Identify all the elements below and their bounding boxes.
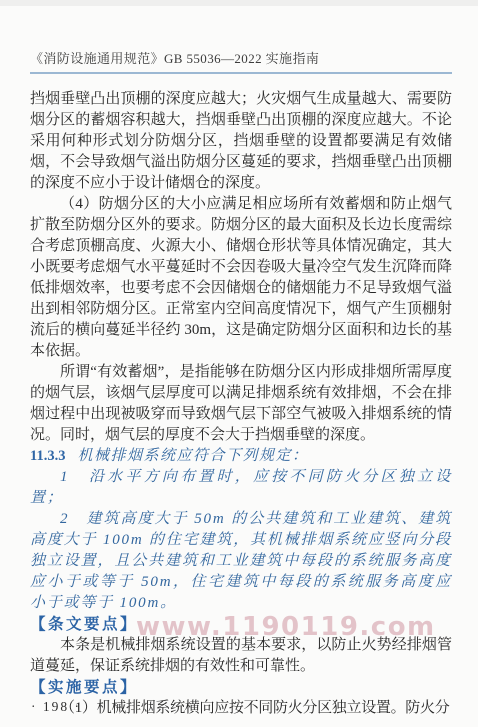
page-number: · 198 · bbox=[31, 699, 81, 715]
implementation-points-heading: 【实施要点】 bbox=[30, 677, 452, 698]
implementation-points-body: （1）机械排烟系统横向应按不同防火分区独立设置。防火分 bbox=[30, 698, 452, 719]
clause-title: 机械排烟系统应符合下列规定： bbox=[77, 448, 308, 464]
key-points-heading: 【条文要点】 bbox=[30, 614, 452, 635]
scan-edge-shadow bbox=[0, 0, 478, 6]
running-header: 《消防设施通用规范》GB 55036—2022 实施指南 bbox=[30, 0, 452, 74]
paragraph-point-4: （4）防烟分区的大小应满足相应场所有效蓄烟和防止烟气扩散至防烟分区外的要求。防烟… bbox=[30, 194, 452, 362]
document-page: 《消防设施通用规范》GB 55036—2022 实施指南 挡烟垂壁凸出顶棚的深度… bbox=[0, 0, 478, 727]
page-content: 挡烟垂壁凸出顶棚的深度应越大；火灾烟气生成量越大、需要防烟分区的蓄烟容积越大，挡… bbox=[30, 89, 452, 719]
clause-number: 11.3.3 bbox=[30, 448, 65, 464]
clause-11-3-3: 11.3.3机械排烟系统应符合下列规定： bbox=[30, 446, 452, 467]
clause-item-2: 2 建筑高度大于 50m 的公共建筑和工业建筑、建筑高度大于 100m 的住宅建… bbox=[30, 509, 452, 614]
key-points-body: 本条是机械排烟系统设置的基本要求，以防止火势经排烟管道蔓延，保证系统排烟的有效性… bbox=[30, 635, 452, 677]
clause-item-1: 1 沿水平方向布置时，应按不同防火分区独立设置； bbox=[30, 467, 452, 509]
book-title: 《消防设施通用规范》GB 55036—2022 实施指南 bbox=[30, 51, 319, 66]
paragraph-effective-smoke: 所谓“有效蓄烟”，是指能够在防烟分区内形成排烟所需厚度的烟气层，该烟气层厚度可以… bbox=[30, 362, 452, 446]
paragraph-continuation: 挡烟垂壁凸出顶棚的深度应越大；火灾烟气生成量越大、需要防烟分区的蓄烟容积越大，挡… bbox=[30, 89, 452, 194]
